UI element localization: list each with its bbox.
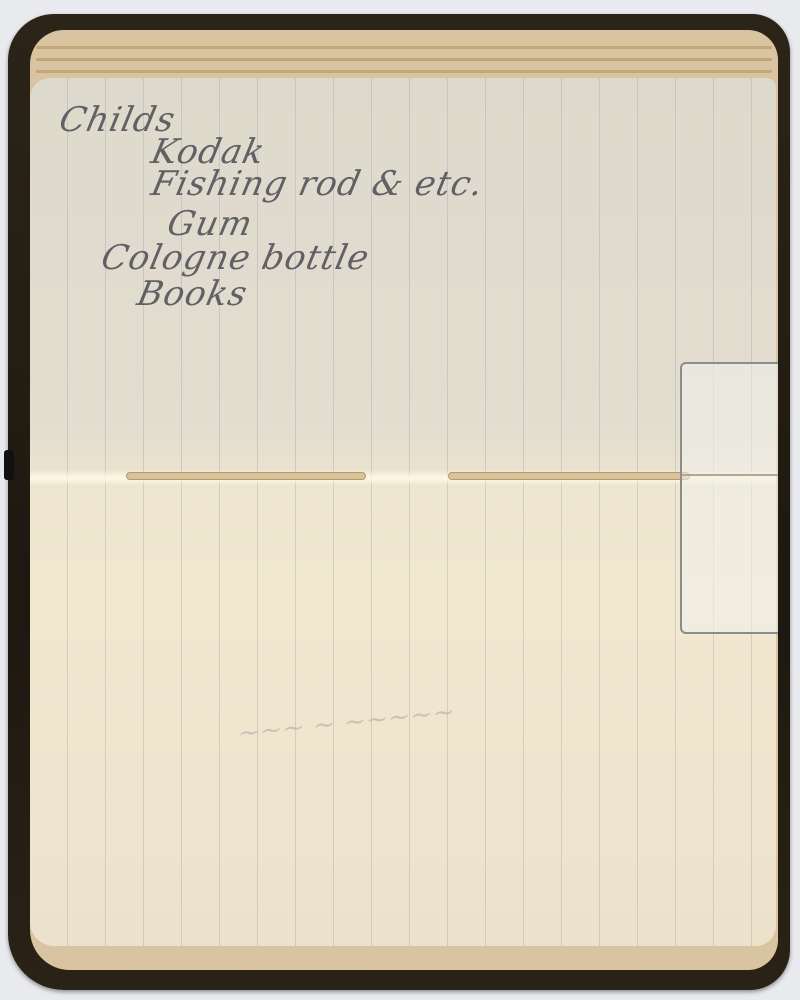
page-edge-line <box>36 46 772 49</box>
page-edge-line <box>36 70 772 73</box>
binding-stitch <box>126 472 366 480</box>
spine-mark <box>4 450 14 480</box>
page-clip <box>680 362 778 634</box>
handwritten-line: Books <box>134 274 251 314</box>
page-edge-line <box>36 58 772 61</box>
handwritten-line: Fishing rod & etc. <box>148 164 488 204</box>
binding-stitch <box>448 472 690 480</box>
notebook-page: Childs Kodak Fishing rod & etc. Gum Colo… <box>30 78 776 946</box>
clip-fold <box>682 474 778 476</box>
handwritten-line: Cologne bottle <box>98 238 373 278</box>
ruled-lines <box>30 78 776 946</box>
